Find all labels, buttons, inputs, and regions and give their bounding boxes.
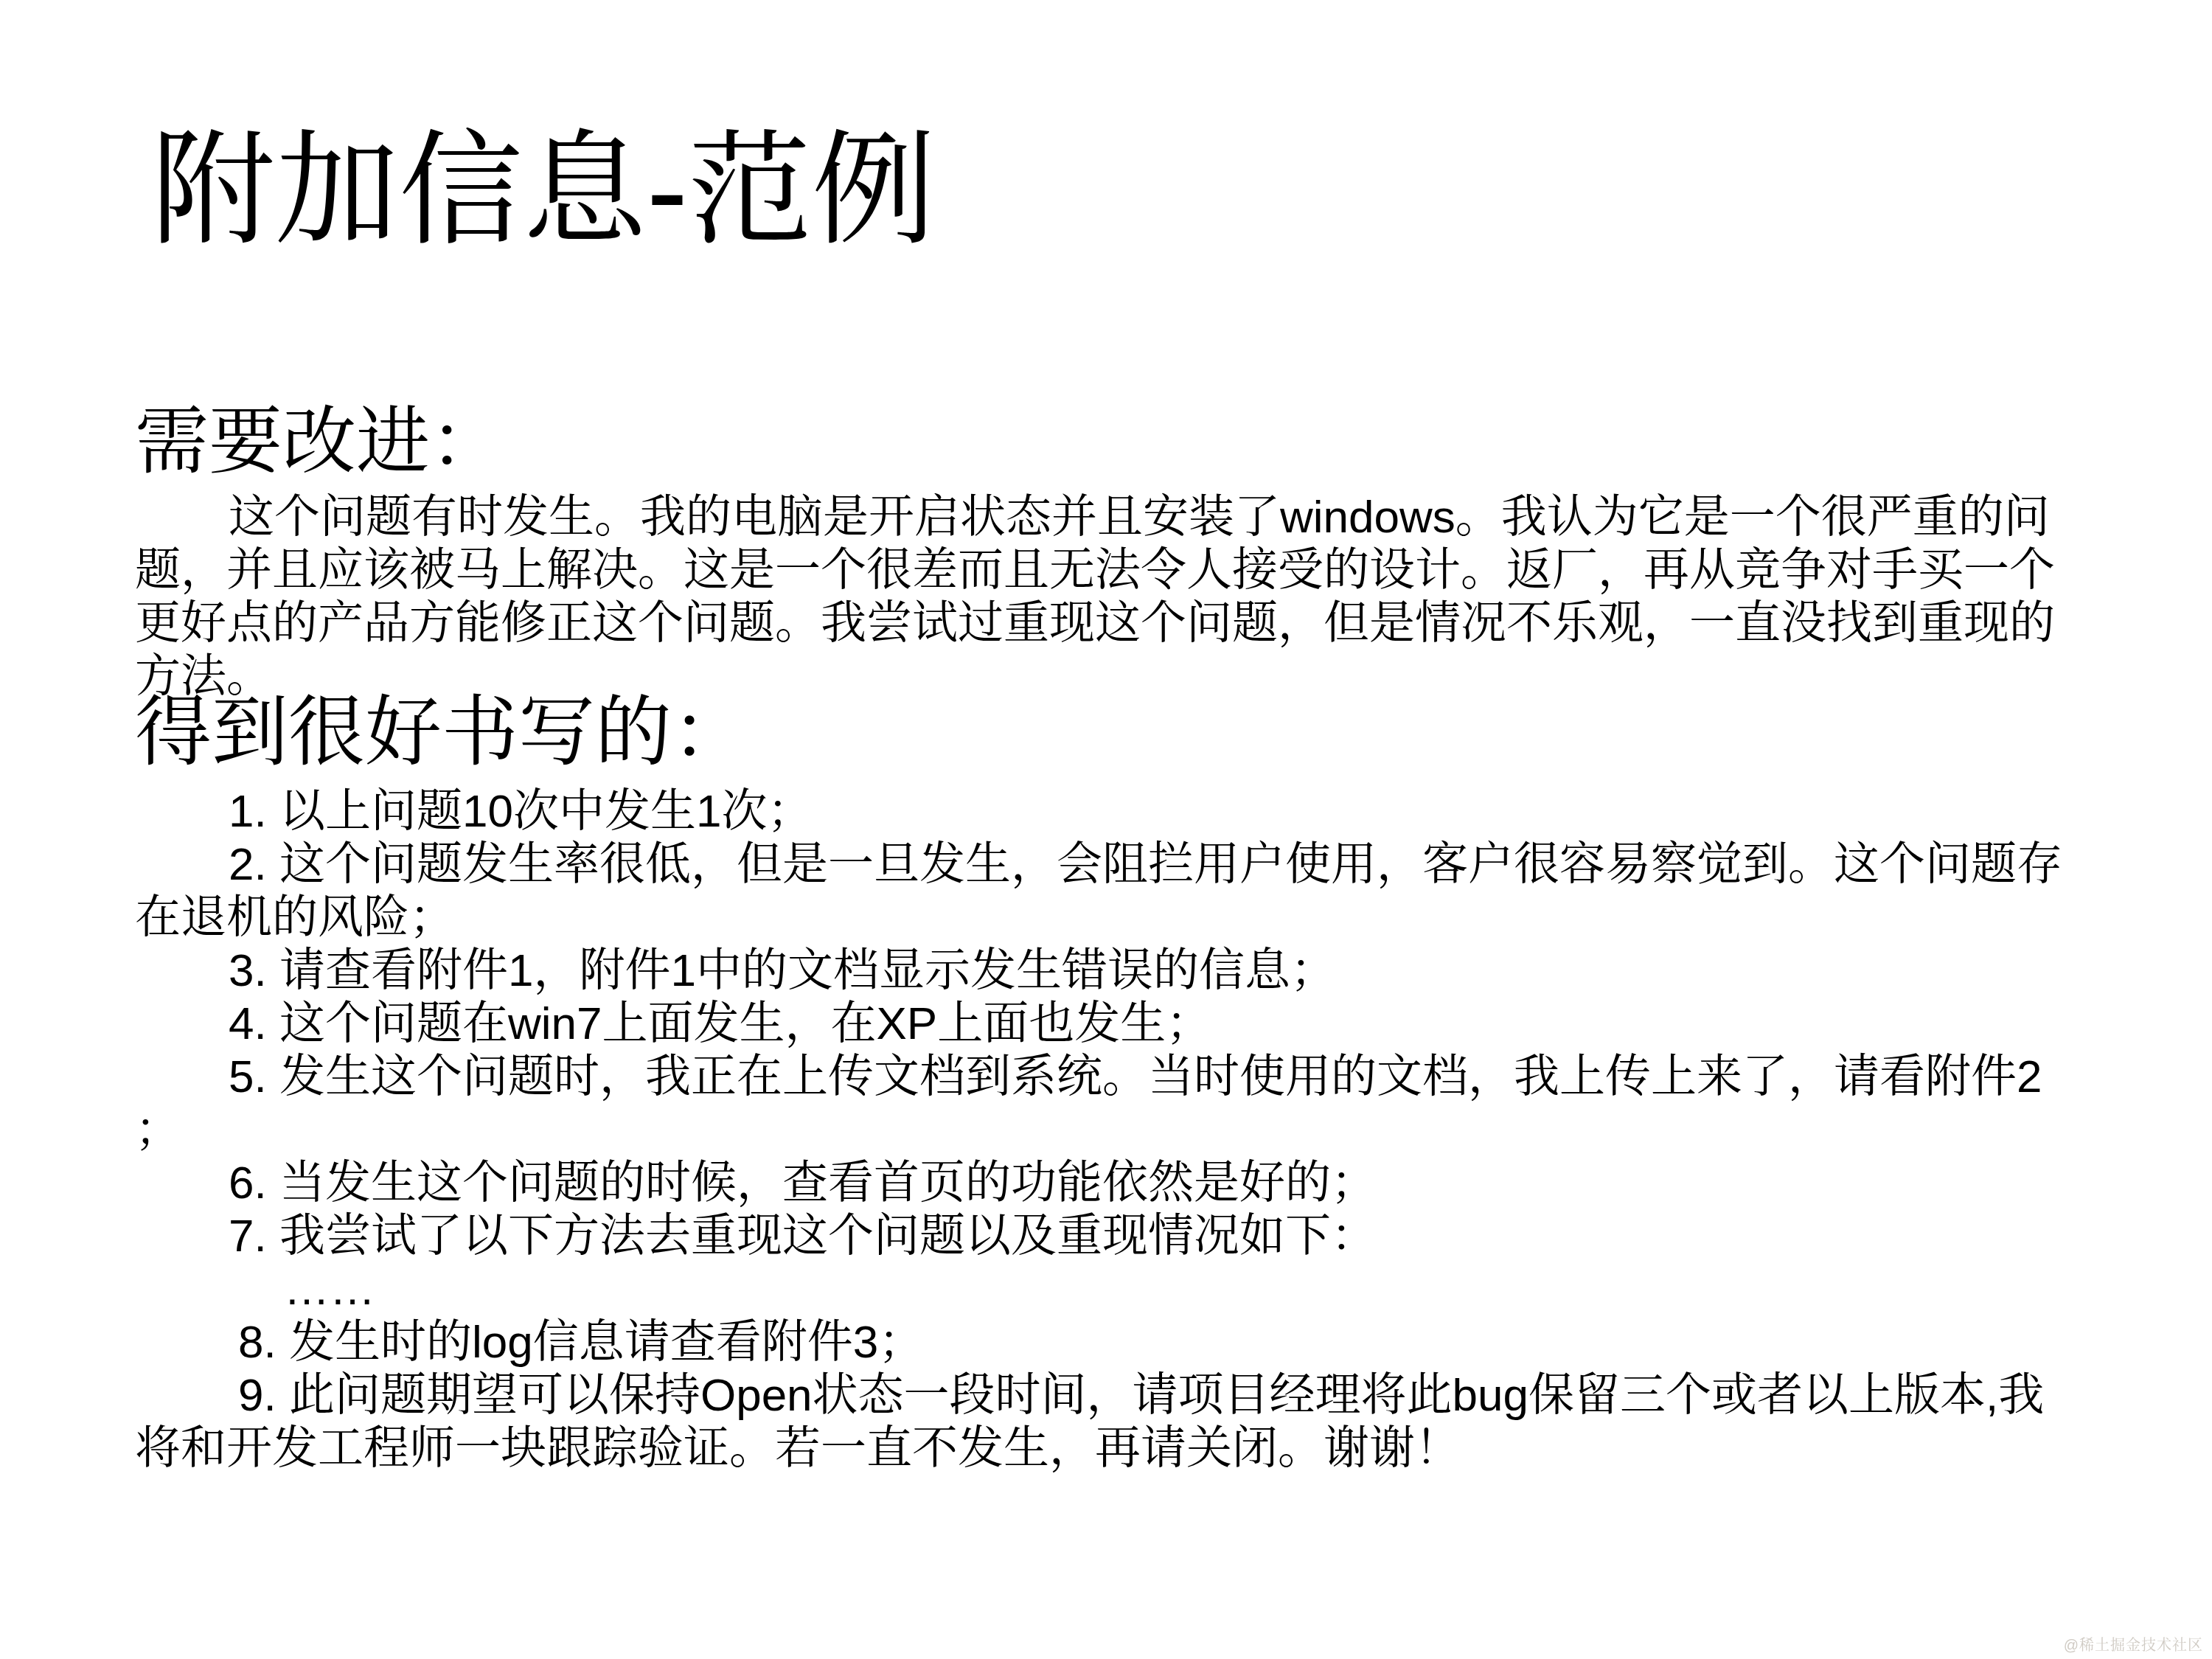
text-line: 2. 这个问题发生率很低，但是一旦发生，会阻拦用户使用，客户很容易察觉到。这个问… bbox=[135, 838, 2159, 891]
section-well-written: 得到很好书写的： 1. 以上问题10次中发生1次；2. 这个问题发生率很低，但是… bbox=[135, 692, 2159, 1475]
needs-improvement-paragraph: 这个问题有时发生。我的电脑是开启状态并且安装了windows。我认为它是一个很严… bbox=[135, 491, 2159, 703]
text-line: 将和开发工程师一块跟踪验证。若一直不发生，再请关闭。谢谢！ bbox=[135, 1422, 2159, 1475]
slide: 附加信息-范例 需要改进： 这个问题有时发生。我的电脑是开启状态并且安装了win… bbox=[0, 0, 2212, 1659]
text-line: 这个问题有时发生。我的电脑是开启状态并且安装了windows。我认为它是一个很严… bbox=[135, 491, 2159, 544]
text-line: 5. 发生这个问题时，我正在上传文档到系统。当时使用的文档，我上传上来了，请看附… bbox=[135, 1051, 2159, 1104]
watermark: @稀土掘金技术社区 bbox=[2064, 1633, 2203, 1655]
section-heading-needs-improvement: 需要改进： bbox=[135, 402, 2159, 481]
section-heading-well-written: 得到很好书写的： bbox=[135, 692, 2159, 774]
well-written-list: 1. 以上问题10次中发生1次；2. 这个问题发生率很低，但是一旦发生，会阻拦用… bbox=[135, 785, 2159, 1475]
slide-title: 附加信息-范例 bbox=[151, 116, 936, 265]
slide-body: 需要改进： 这个问题有时发生。我的电脑是开启状态并且安装了windows。我认为… bbox=[135, 402, 2159, 1475]
section-needs-improvement: 需要改进： 这个问题有时发生。我的电脑是开启状态并且安装了windows。我认为… bbox=[135, 402, 2159, 703]
text-line: 8. 发生时的log信息请查看附件3； bbox=[135, 1316, 2159, 1369]
text-line: 3. 请查看附件1，附件1中的文档显示发生错误的信息； bbox=[135, 945, 2159, 998]
text-line: 1. 以上问题10次中发生1次； bbox=[135, 785, 2159, 838]
text-line: 更好点的产品方能修正这个问题。我尝试过重现这个问题，但是情况不乐观，一直没找到重… bbox=[135, 597, 2159, 650]
text-line: 题，并且应该被马上解决。这是一个很差而且无法令人接受的设计。返厂，再从竞争对手买… bbox=[135, 544, 2159, 597]
text-line: 7. 我尝试了以下方法去重现这个问题以及重现情况如下： bbox=[135, 1210, 2159, 1263]
text-line: ； bbox=[135, 1104, 2159, 1157]
text-line: 在退机的风险； bbox=[135, 891, 2159, 945]
text-line: 6. 当发生这个问题的时候，查看首页的功能依然是好的； bbox=[135, 1157, 2159, 1210]
text-line: …… bbox=[135, 1263, 2159, 1316]
text-line: 9. 此问题期望可以保持Open状态一段时间，请项目经理将此bug保留三个或者以… bbox=[135, 1369, 2159, 1422]
text-line: 4. 这个问题在win7上面发生，在XP上面也发生； bbox=[135, 998, 2159, 1051]
